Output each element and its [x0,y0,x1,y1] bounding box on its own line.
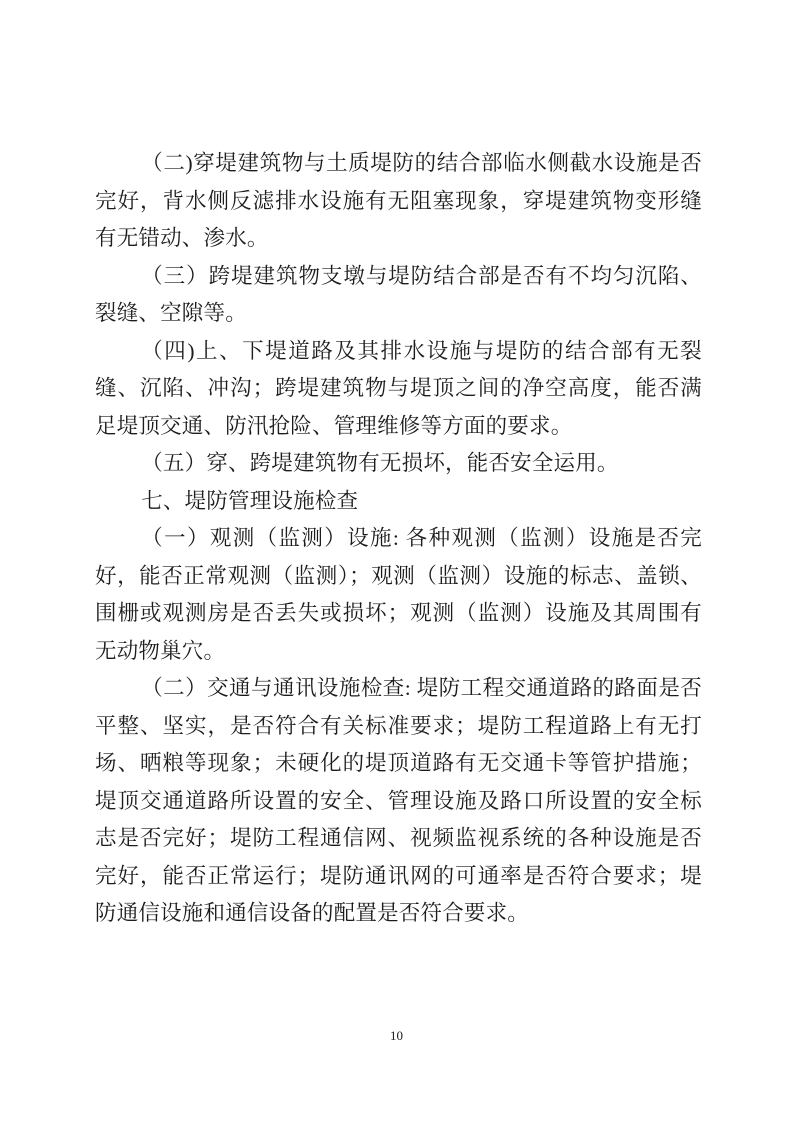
paragraph-item-3: （三）跨堤建筑物支墩与堤防结合部是否有不均匀沉陷、裂缝、空隙等。 [95,258,702,333]
page-number: 10 [0,1028,793,1044]
section-heading: 七、堤防管理设施检查 [95,483,702,521]
document-page: （二)穿堤建筑物与土质堤防的结合部临水侧截水设施是否完好，背水侧反滤排水设施有无… [0,0,793,1122]
paragraph-item-5: （五）穿、跨堤建筑物有无损坏，能否安全运用。 [95,445,702,483]
document-body: （二)穿堤建筑物与土质堤防的结合部临水侧截水设施是否完好，背水侧反滤排水设施有无… [95,145,702,933]
paragraph-item-2-traffic-comm: （二）交通与通讯设施检查: 堤防工程交通道路的路面是否平整、坚实，是否符合有关标… [95,670,702,933]
paragraph-item-1-observation: （一）观测（监测）设施: 各种观测（监测）设施是否完好，能否正常观测（监测）；观… [95,520,702,670]
paragraph-item-4: （四)上、下堤道路及其排水设施与堤防的结合部有无裂缝、沉陷、冲沟；跨堤建筑物与堤… [95,333,702,446]
paragraph-item-2: （二)穿堤建筑物与土质堤防的结合部临水侧截水设施是否完好，背水侧反滤排水设施有无… [95,145,702,258]
